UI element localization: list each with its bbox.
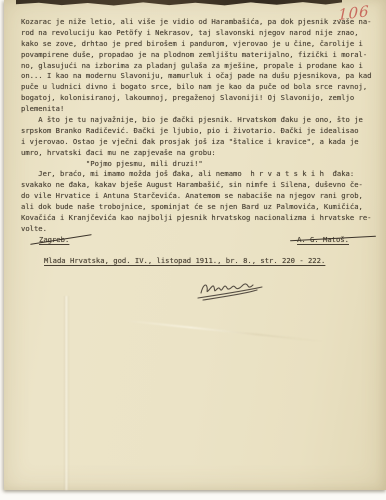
text-line: bogatoj, kolonisiranoj, lakoumnoj, prega… xyxy=(21,93,379,104)
text-line: volte. xyxy=(21,224,379,235)
fold-crease-vertical xyxy=(64,296,69,490)
text-line: svakako ne đaka, kakav bješe August Hara… xyxy=(21,180,379,191)
text-line: Kozarac je niže letio, ali više je vidio… xyxy=(21,17,379,28)
dateline-author: A. G. Matoš. xyxy=(297,235,349,246)
text-line: Kovačića i Kranjčevića kao najbolji pjes… xyxy=(21,213,379,224)
text-line: i vjerovao. Ostao je vječni đak prosjak … xyxy=(21,137,379,148)
text-line: plemenita! xyxy=(21,104,379,115)
torn-paper-edge xyxy=(16,0,342,6)
text-line: on... I kao na modernu Slavoniju, mamurl… xyxy=(21,71,379,82)
text-line: no, glasujući na izborima za pladanj gul… xyxy=(21,61,379,72)
text-line: puče u ludnici divno i bogato srce, bilo… xyxy=(21,82,379,93)
dateline-place: Zagreb. xyxy=(39,235,69,246)
text-line: rod na revoluciju kao Petöfy i Nekrasov,… xyxy=(21,28,379,39)
citation-title: Mlada Hrvatska, xyxy=(44,256,109,267)
text-line: povampirene duše, propadao je na plodnom… xyxy=(21,50,379,61)
text-line: ali dok bude naše trobojnice, spominjat … xyxy=(21,202,379,213)
text-line: "Pojmo pjesmu, mili druzi!" xyxy=(21,159,379,170)
handwritten-signature xyxy=(194,279,268,303)
fold-crease-diagonal xyxy=(124,320,323,343)
text-line: do vile Hrvatice i Antuna Starčevića. An… xyxy=(21,191,379,202)
typewritten-text: Kozarac je niže letio, ali više je vidio… xyxy=(21,17,379,267)
text-line: umro, hrvatski đaci mu ne zapjevaše na g… xyxy=(21,148,379,159)
citation-rest: god. IV., listopad 1911., br. 8., str. 2… xyxy=(109,256,325,265)
text-line: kako se zove, drhtao je pred birošem i p… xyxy=(21,39,379,50)
text-line: Jer, braćo, mi imamo možda još đaka, ali… xyxy=(21,169,379,180)
text-line: srpskom Branko Radičević. Đački je ljubi… xyxy=(21,126,379,137)
dateline-row: Zagreb. A. G. Matoš. xyxy=(21,235,379,246)
citation-line: Mlada Hrvatska, god. IV., listopad 1911.… xyxy=(44,256,379,267)
text-line: A što je tu najvažnije, bio je đački pje… xyxy=(21,115,379,126)
